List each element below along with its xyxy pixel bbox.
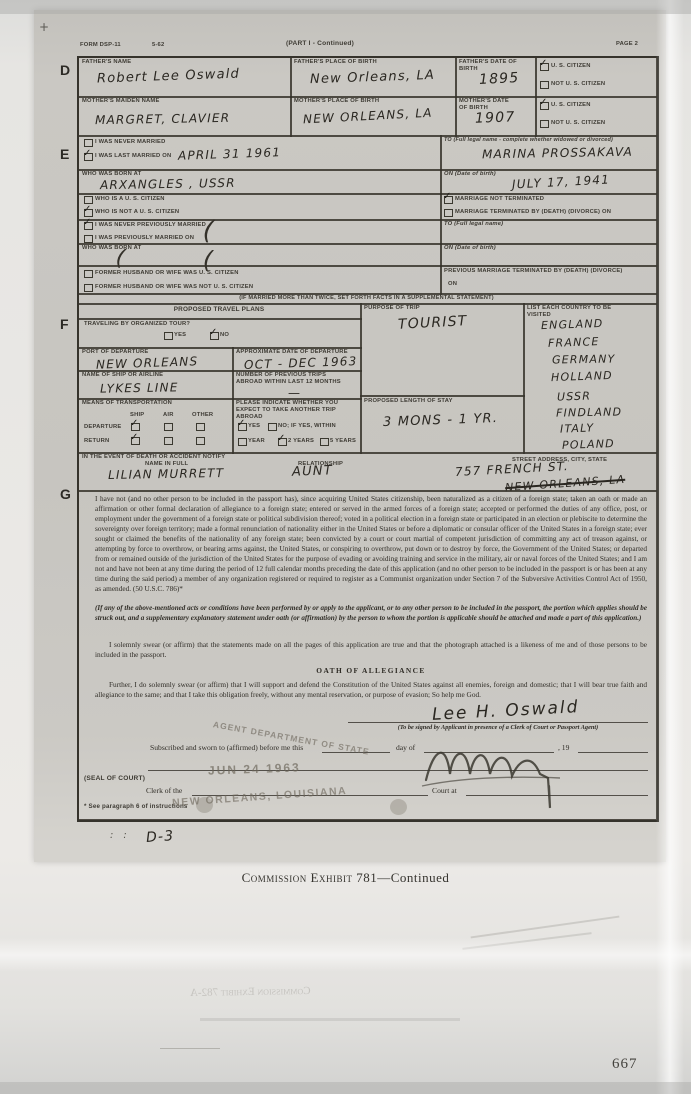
ship-name-value: LYKES LINE (100, 380, 179, 395)
spouse-dob-label: ON (Date of birth) (444, 171, 496, 178)
father-us-citizen-label: U. S. CITIZEN (551, 63, 591, 70)
return-air-checkbox (164, 437, 173, 445)
mother-name-value: MARGRET, CLAVIER (95, 111, 230, 127)
transport-departure-row: DEPARTURE (84, 424, 121, 431)
former-spouse-citizen-checkbox (84, 270, 93, 278)
spouse-not-citizen-checkbox: ✓ (84, 209, 93, 217)
never-prev-married-label: I WAS NEVER PREVIOUSLY MARRIED (95, 222, 206, 229)
check-mark: ✓ (83, 217, 91, 228)
relationship-value: AUNT (292, 463, 333, 479)
father-name-label: FATHER'S NAME (82, 59, 131, 66)
check-mark: ✓ (130, 418, 138, 429)
father-not-citizen-checkbox (540, 81, 549, 89)
prev-born-at-label: WHO WAS BORN AT (82, 245, 141, 252)
check-mark: ✓ (539, 97, 547, 108)
prev-married-checkbox (84, 235, 93, 243)
mother-us-citizen-label: U. S. CITIZEN (551, 102, 591, 109)
form-page-label: PAGE 2 (616, 41, 638, 48)
marriage-terminated-label: MARRIAGE TERMINATED BY (DEATH) (DIVORCE)… (455, 209, 650, 216)
exhibit-caption-rest: —Continued (377, 870, 449, 885)
check-mark: ✓ (539, 58, 547, 69)
mother-name-label: MOTHER'S MAIDEN NAME (82, 98, 160, 105)
another-trip-no-label: NO; IF YES, WITHIN (278, 423, 336, 430)
another-trip-label: PLEASE INDICATE WHETHER YOU EXPECT TO TA… (236, 400, 356, 420)
prev-marriage-terminated-label: PREVIOUS MARRIAGE TERMINATED BY (DEATH) … (444, 268, 649, 275)
father-not-citizen-label: NOT U. S. CITIZEN (551, 81, 605, 88)
marriage-not-terminated-label: MARRIAGE NOT TERMINATED (455, 196, 544, 203)
within-year-label: YEAR (248, 438, 265, 445)
married-to-label: TO (Full legal name - complete whether w… (444, 137, 649, 144)
declaration-note: (If any of the above-mentioned acts or c… (95, 604, 647, 623)
father-us-citizen-checkbox: ✓ (540, 63, 549, 71)
bleed-marks (200, 1018, 460, 1021)
marriage-not-terminated-checkbox: ✓ (444, 196, 453, 204)
return-ship-checkbox: ✓ (131, 437, 140, 445)
form-part-title: (PART I - Continued) (286, 41, 354, 48)
country-item: FRANCE (548, 335, 600, 350)
exhibit-caption: Commission Exhibit 781—Continued (0, 870, 691, 886)
bleed-marks (160, 1048, 220, 1049)
country-item: ITALY (560, 421, 595, 435)
check-mark: ✓ (83, 148, 91, 159)
never-prev-married-checkbox: ✓ (84, 222, 93, 230)
exhibit-caption-main: Commission Exhibit 781 (242, 870, 378, 885)
bleed-marks (462, 932, 591, 950)
pen-dots: : : (110, 830, 128, 841)
mother-not-citizen-label: NOT U. S. CITIZEN (551, 120, 605, 127)
mother-pob-label: MOTHER'S PLACE OF BIRTH (294, 98, 379, 105)
check-mark: ✓ (130, 432, 138, 443)
country-item: FINDLAND (556, 405, 622, 419)
within-two-years-checkbox: ✓ (278, 438, 287, 446)
notify-header: IN THE EVENT OF DEATH OR ACCIDENT NOTIFY (82, 454, 225, 461)
trips-value: — (288, 386, 301, 400)
bleed-through-caption: Commission Exhibit 782-A (190, 985, 311, 999)
scanned-page: + FORM DSP-11 5-62 (PART I - Continued) … (0, 0, 691, 1094)
country-item: USSR (557, 389, 592, 403)
supplemental-note: (IF MARRIED MORE THAN TWICE, SET FORTH F… (78, 295, 655, 302)
country-item: POLAND (562, 437, 615, 452)
tour-no-checkbox: ✓ (210, 332, 219, 340)
page-number: 667 (612, 1056, 638, 1073)
never-married-label: I WAS NEVER MARRIED (95, 139, 165, 146)
length-of-stay-label: PROPOSED LENGTH OF STAY (364, 398, 453, 405)
ship-name-label: NAME OF SHIP OR AIRLINE (82, 372, 163, 379)
country-item: HOLLAND (551, 369, 613, 384)
country-item: ENGLAND (541, 317, 604, 332)
prev-to-label: TO (Full legal name) (444, 221, 503, 228)
oath-title: OATH OF ALLEGIANCE (95, 666, 647, 675)
within-five-years-label: 5 YEARS (330, 438, 356, 445)
subscribed-text: Subscribed and sworn to (affirmed) befor… (150, 743, 303, 752)
prev-married-label: I WAS PREVIOUSLY MARRIED ON (95, 235, 194, 242)
former-spouse-not-citizen-checkbox (84, 284, 93, 292)
scan-streak (0, 938, 691, 972)
ink-blot (390, 799, 407, 815)
transport-air-col: AIR (163, 412, 174, 419)
ink-blot (196, 797, 213, 813)
form-number: FORM DSP-11 (80, 42, 121, 49)
prev-dob-label: ON (Date of birth) (444, 245, 496, 252)
transport-other-col: OTHER (192, 412, 213, 419)
prev-marriage-terminated-on: ON (448, 281, 457, 288)
section-letter-f: F (60, 316, 69, 332)
scan-streak (0, 1082, 691, 1094)
check-mark: ✓ (83, 204, 91, 215)
seal-of-court-label: (SEAL OF COURT) (84, 776, 145, 783)
day-of-text: day of (396, 743, 415, 752)
bleed-marks (471, 916, 620, 939)
declaration-paragraph: I have not (and no other person to be in… (95, 494, 647, 594)
countries-label: LIST EACH COUNTRY TO BE VISITED (527, 305, 637, 319)
exhibit-annotation: D-3 (145, 828, 174, 846)
another-trip-no-checkbox (268, 423, 277, 431)
notify-name-value: LILIAN MURRETT (108, 466, 225, 482)
check-mark: ✓ (237, 418, 245, 429)
section-letter-e: E (60, 146, 69, 162)
spouse-us-citizen-label: WHO IS A U. S. CITIZEN (95, 196, 165, 203)
transport-label: MEANS OF TRANSPORTATION (82, 400, 172, 407)
spouse-not-citizen-label: WHO IS NOT A U. S. CITIZEN (95, 209, 179, 216)
within-five-years-checkbox (320, 438, 329, 446)
spouse-name-value: MARINA PROSSAKAVA (482, 145, 633, 162)
father-dob-value: 1895 (479, 70, 520, 88)
departure-other-checkbox (196, 423, 205, 431)
departure-ship-checkbox: ✓ (131, 423, 140, 431)
spouse-us-citizen-checkbox (84, 196, 93, 204)
another-trip-yes-label: YES (248, 423, 260, 430)
clerk-scribble-signature (420, 728, 600, 813)
departure-air-checkbox (164, 423, 173, 431)
mother-dob-value: 1907 (475, 109, 516, 126)
purpose-label: PURPOSE OF TRIP (364, 305, 420, 312)
within-year-checkbox (238, 438, 247, 446)
trips-label: NUMBER OF PREVIOUS TRIPS ABROAD WITHIN L… (236, 372, 354, 386)
former-spouse-not-citizen-label: FORMER HUSBAND OR WIFE WAS NOT U. S. CIT… (95, 284, 253, 291)
mother-us-citizen-checkbox: ✓ (540, 102, 549, 110)
section-letter-g: G (60, 486, 71, 502)
signature-line (348, 722, 648, 723)
check-mark: ✓ (277, 433, 285, 444)
return-other-checkbox (196, 437, 205, 445)
swear-paragraph: I solemnly swear (or affirm) that the st… (95, 640, 647, 660)
check-mark: ✓ (443, 191, 451, 202)
last-married-label: I WAS LAST MARRIED ON (95, 153, 171, 160)
check-mark: ✓ (209, 327, 217, 338)
tour-no-label: NO (220, 332, 229, 339)
clerk-of-the-text: Clerk of the (146, 786, 182, 795)
corner-cross-mark: + (39, 20, 49, 34)
form-revision: 5-62 (152, 42, 164, 49)
tour-yes-label: YES (174, 332, 186, 339)
tour-yes-checkbox (164, 332, 173, 340)
section-letter-d: D (60, 62, 70, 78)
father-pob-label: FATHER'S PLACE OF BIRTH (294, 59, 377, 66)
transport-return-row: RETURN (84, 438, 109, 445)
born-at-value: ARXANGLES , USSR (100, 176, 236, 192)
travel-plans-title: PROPOSED TRAVEL PLANS (78, 307, 360, 314)
country-item: GERMANY (552, 352, 616, 366)
organized-tour-label: TRAVELING BY ORGANIZED TOUR? (84, 321, 190, 328)
port-label: PORT OF DEPARTURE (82, 349, 148, 356)
never-married-checkbox (84, 139, 93, 147)
last-married-checkbox: ✓ (84, 153, 93, 161)
within-two-years-label: 2 YEARS (288, 438, 314, 445)
marriage-terminated-checkbox (444, 209, 453, 217)
mother-not-citizen-checkbox (540, 120, 549, 128)
former-spouse-citizen-label: FORMER HUSBAND OR WIFE WAS U. S. CITIZEN (95, 270, 239, 277)
another-trip-yes-checkbox: ✓ (238, 423, 247, 431)
